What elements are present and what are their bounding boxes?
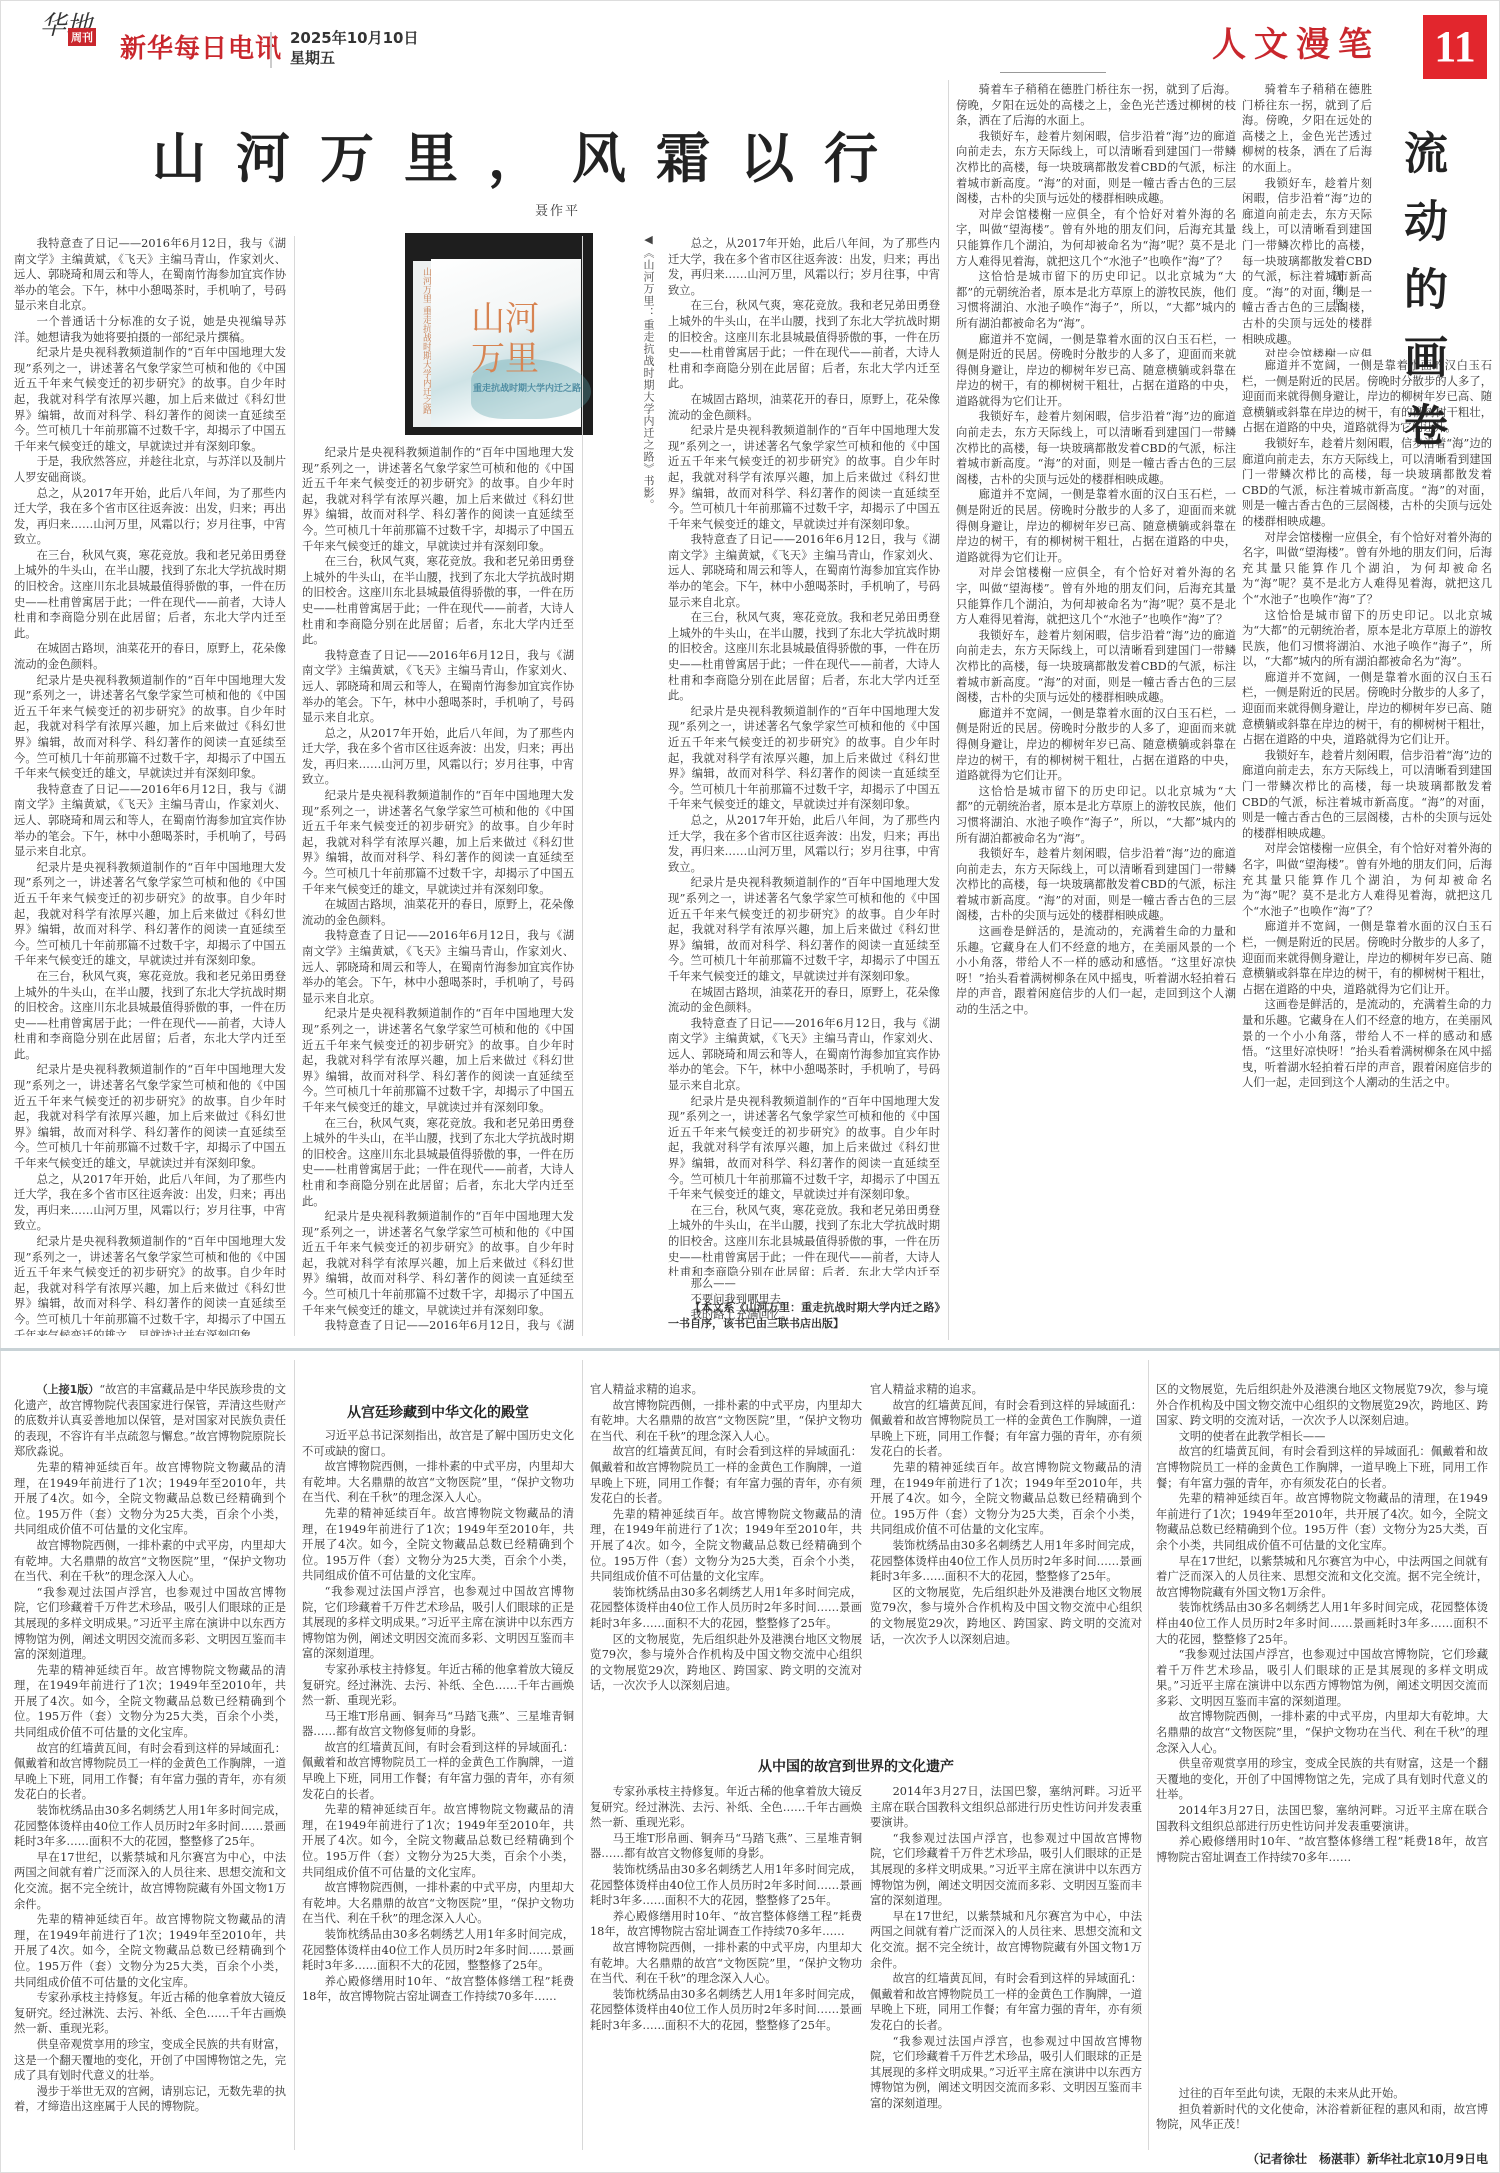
paragraph: 早在17世纪，以紫禁城和凡尔赛宫为中心，中法两国之间就有着广泛而深入的人员往来、… (14, 1850, 286, 1912)
continued-tag: （上接1版） (37, 1383, 100, 1396)
book-cover: 山河万里 重走抗战时期大学内迁之路 (431, 259, 581, 427)
paragraph: 我锁好车，趁着片刻闲暇，信步沿着“海”边的廊道向前走去，东方天际线上，可以清晰看… (1242, 748, 1492, 842)
paragraph: 官人精益求精的追求。 (870, 1382, 1142, 1398)
issue-weekday: 星期五 (290, 48, 419, 68)
paragraph: 对岸会馆楼榭一应俱全，有个恰好对着外海的名字，叫做“望海楼”。曾有外地的朋友们问… (956, 565, 1236, 627)
paragraph: 骑着车子稍稍在德胜门桥往东一拐，就到了后海。傍晚，夕阳在远处的高楼之上，金色光芒… (956, 82, 1236, 129)
book-cover-image: 山河万里 重走抗战时期大学内迁之路 山河万里 重走抗战时期大学内迁之路 (405, 233, 593, 435)
paragraph: 我特意查了日记——2016年6月12日，我与《湖南文学》主编黄斌，《飞天》主编马… (302, 648, 574, 726)
paragraph: 我锁好车，趁着片刻闲暇，信步沿着“海”边的廊道向前走去，东方天际线上，可以清晰看… (1242, 436, 1492, 530)
paragraph: 纪录片是央视科教频道制作的“百年中国地理大发现”系列之一，讲述著名气象学家竺可桢… (14, 345, 286, 454)
paragraph: 在三台，秋风气爽，寒花竞放。我和老兄弟田勇登上城外的牛头山，在半山腰，找到了东北… (302, 554, 574, 648)
article2-column-bottom: 廊道并不宽阔，一侧是靠着水面的汉白玉石栏，一侧是附近的民居。傍晚时分散步的人多了… (1242, 358, 1492, 1343)
issue-date: 2025年10月10日 (290, 28, 419, 48)
article3-column-3b-top: 官人精益求精的追求。 故宫的红墙黄瓦间，有时会看到这样的异域面孔：佩戴着和故宫博… (870, 1382, 1142, 1752)
paragraph: 在城固古路坝，油菜花开的春日，原野上，花朵像流动的金色颜料。 (302, 897, 574, 928)
article3-column-4-bottom: 2014年3月27日，法国巴黎，塞纳河畔。习近平主席在联合国教科文组织总部进行历… (870, 1784, 1142, 2152)
paragraph: 一个普通话十分标准的女子说，她是央视编导苏洋。她想请我为她将要拍摄的一部纪录片撰… (14, 314, 286, 345)
page-number: 11 (1423, 15, 1487, 79)
paragraph: 先辈的精神延续百年。故宫博物院文物藏品的清理，在1949年前进行了1次；1949… (1156, 1491, 1488, 1553)
paragraph: 我特意查了日记——2016年6月12日，我与《湖南文学》主编黄斌，《飞天》主编马… (14, 782, 286, 860)
paragraph: 装饰枕绣品由30多名刺绣艺人用1年多时间完成，花园整体烫样由40位工作人员历时2… (590, 1585, 862, 1632)
paragraph: 养心殿修缮用时10年、“故宫整体修缮工程”耗费18年，故宫博物院古窑址调查工作持… (302, 1974, 574, 2005)
paragraph: 我锁好车，趁着片刻闲暇，信步沿着“海”边的廊道向前走去，东方天际线上，可以清晰看… (956, 846, 1236, 924)
paragraph: 先辈的精神延续百年。故宫博物院文物藏品的清理，在1949年前进行了1次；1949… (14, 1460, 286, 1538)
paragraph: 对岸会馆楼榭一应俱全，有个恰好对着外海的名字，叫做“望海楼”。曾有外地的朋友们问… (1242, 530, 1492, 608)
paragraph: 在三台，秋风气爽，寒花竞放。我和老兄弟田勇登上城外的牛头山，在半山腰，找到了东北… (302, 1116, 574, 1210)
section-separator (0, 1348, 1500, 1351)
paragraph: 在三台，秋风气爽，寒花竞放。我和老兄弟田勇登上城外的牛头山，在半山腰，找到了东北… (14, 969, 286, 1063)
header-rule (1000, 72, 1106, 73)
paragraph: 装饰枕绣品由30多名刺绣艺人用1年多时间完成，花园整体烫样由40位工作人员历时2… (1156, 1600, 1488, 1647)
paragraph: 早在17世纪，以紫禁城和凡尔赛宫为中心，中法两国之间就有着广泛而深入的人员往来、… (870, 1909, 1142, 1971)
paragraph: 这恰恰是城市留下的历史印记。以北京城为“大都”的元朝统治者，原本是北方草原上的游… (956, 269, 1236, 331)
article2-author: 周继坚 (1330, 270, 1347, 312)
paragraph: “我参观过法国卢浮宫，也参观过中国故宫博物院，它们珍藏着千万件艺术珍品，吸引人们… (14, 1585, 286, 1663)
subhead-1: 从宫廷珍藏到中华文化的殿堂 (302, 1402, 574, 1422)
article3-ending: 过往的百年至此句读，无限的未来从此开始。 担负着新时代的文化使命，沐浴着新征程的… (1156, 2086, 1488, 2156)
article3-column-2: 习近平总书记深刻指出，故宫是了解中国历史文化不可或缺的窗口。 故宫博物院西侧，一… (302, 1428, 574, 2152)
article3-column-5: 区的文物展览，先后组织赴外及港澳台地区文物展览79次，参与境外合作机构及中国文物… (1156, 1382, 1488, 2112)
article2-column: 骑着车子稍稍在德胜门桥往东一拐，就到了后海。傍晚，夕阳在远处的高楼之上，金色光芒… (956, 82, 1236, 1342)
book-cover-subtitle: 重走抗战时期大学内迁之路 (473, 383, 581, 395)
paragraph: 在城固古路坝，油菜花开的春日，原野上，花朵像流动的金色颜料。 (668, 985, 940, 1016)
paragraph: 文明的使者在此教学相长—— (1156, 1429, 1488, 1445)
paragraph: 我锁好车，趁着片刻闲暇，信步沿着“海”边的廊道向前走去，东方天际线上，可以清晰看… (956, 129, 1236, 207)
paragraph: 我特意查了日记——2016年6月12日，我与《湖南文学》主编黄斌，《飞天》主编马… (14, 236, 286, 314)
paragraph: 习近平总书记深刻指出，故宫是了解中国历史文化不可或缺的窗口。 (302, 1428, 574, 1459)
paragraph: 我特意查了日记——2016年6月12日，我与《湖南文学》主编黄斌，《飞天》主编马… (302, 1318, 574, 1335)
paragraph: 在城固古路坝，油菜花开的春日，原野上，花朵像流动的金色颜料。 (668, 392, 940, 423)
paragraph: 在三台，秋风气爽，寒花竞放。我和老兄弟田勇登上城外的牛头山，在半山腰，找到了东北… (14, 548, 286, 642)
paragraph: 我特意查了日记——2016年6月12日，我与《湖南文学》主编黄斌，《飞天》主编马… (302, 928, 574, 1006)
paragraph: 装饰枕绣品由30多名刺绣艺人用1年多时间完成，花园整体烫样由40位工作人员历时2… (14, 1803, 286, 1850)
paragraph: 纪录片是央视科教频道制作的“百年中国地理大发现”系列之一，讲述著名气象学家竺可桢… (302, 1209, 574, 1318)
paragraph: 这画卷是鲜活的，是流动的，充满着生命的力量和乐趣。它藏身在人们不经意的地方，在美… (956, 924, 1236, 1018)
paragraph: 专家孙承枝主持修复。年近古稀的他拿着放大镜反复研究。经过淋洗、去污、补纸、全色…… (14, 1990, 286, 2037)
paragraph: 纪录片是央视科教频道制作的“百年中国地理大发现”系列之一，讲述著名气象学家竺可桢… (668, 704, 940, 813)
article2-title: 流动的画卷 (1393, 130, 1453, 470)
paragraph: 先辈的精神延续百年。故宫博物院文物藏品的清理，在1949年前进行了1次；1949… (14, 1663, 286, 1741)
paragraph: 供皇帝观赏享用的珍宝，变成全民族的共有财富，这是一个翻天覆地的变化，开创了中国博… (1156, 1756, 1488, 1803)
paragraph: “我参观过法国卢浮宫，也参观过中国故宫博物院，它们珍藏着千万件艺术珍品，吸引人们… (302, 1584, 574, 1662)
image-caption: ◀《山河万里：重走抗战时期大学内迁之路》书影。 (640, 233, 656, 511)
paragraph: 故宫博物院西侧，一排朴素的中式平房，内里却大有乾坤。大名鼎鼎的故宫“文物医院”里… (590, 1398, 862, 1445)
paragraph: “我参观过法国卢浮宫，也参观过中国故宫博物院，它们珍藏着千万件艺术珍品，吸引人们… (1156, 1647, 1488, 1709)
paragraph: 纪录片是央视科教频道制作的“百年中国地理大发现”系列之一，讲述著名气象学家竺可桢… (14, 1234, 286, 1336)
closing-line: 那么—— (668, 1276, 940, 1292)
paragraph: 专家孙承枝主持修复。年近古稀的他拿着放大镜反复研究。经过淋洗、去污、补纸、全色…… (302, 1662, 574, 1709)
paragraph: 装饰枕绣品由30多名刺绣艺人用1年多时间完成，花园整体烫样由40位工作人员历时2… (870, 1538, 1142, 1585)
paragraph: 纪录片是央视科教频道制作的“百年中国地理大发现”系列之一，讲述著名气象学家竺可桢… (668, 423, 940, 532)
paragraph: 养心殿修缮用时10年、“故宫整体修缮工程”耗费18年，故宫博物院古窑址调查工作持… (1156, 1834, 1488, 1865)
paragraph: 总之，从2017年开始，此后八年间，为了那些内迁大学，我在多个省市区往返奔波：出… (14, 486, 286, 548)
column-divider (294, 236, 295, 1336)
paragraph: 在三台，秋风气爽，寒花竞放。我和老兄弟田勇登上城外的牛头山，在半山腰，找到了东北… (668, 610, 940, 704)
section-name: 人文漫笔 (1212, 17, 1380, 66)
paragraph: 装饰枕绣品由30多名刺绣艺人用1年多时间完成，花园整体烫样由40位工作人员历时2… (590, 1987, 862, 2034)
paragraph: （上接1版）“故宫的丰富藏品是中华民族珍贵的文化遗产，故宫博物院代表国家进行保管… (14, 1382, 286, 1460)
paragraph: 官人精益求精的追求。 (590, 1382, 862, 1398)
paragraph: 我锁好车，趁着片刻闲暇，信步沿着“海”边的廊道向前走去，东方天际线上，可以清晰看… (956, 628, 1236, 706)
column-divider (582, 1360, 583, 2150)
paragraph: 马王堆T形帛画、铜奔马“马踏飞燕”、三星堆青铜器……都有故宫文物修复师的身影。 (302, 1709, 574, 1740)
paragraph: 养心殿修缮用时10年、“故宫整体修缮工程”耗费18年，故宫博物院古窑址调查工作持… (590, 1909, 862, 1940)
paragraph: 先辈的精神延续百年。故宫博物院文物藏品的清理，在1949年前进行了1次；1949… (870, 1460, 1142, 1538)
paragraph: 故宫博物院西侧，一排朴素的中式平房，内里却大有乾坤。大名鼎鼎的故宫“文物医院”里… (302, 1459, 574, 1506)
subhead-2: 从中国的故宫到世界的文化遗产 (720, 1756, 992, 1776)
paragraph: 区的文物展览，先后组织赴外及港澳台地区文物展览79次，参与境外合作机构及中国文物… (590, 1632, 862, 1694)
paragraph: 纪录片是央视科教频道制作的“百年中国地理大发现”系列之一，讲述著名气象学家竺可桢… (302, 445, 574, 554)
paragraph: 装饰枕绣品由30多名刺绣艺人用1年多时间完成，花园整体烫样由40位工作人员历时2… (302, 1927, 574, 1974)
paragraph: 这恰恰是城市留下的历史印记。以北京城为“大都”的元朝统治者，原本是北方草原上的游… (956, 784, 1236, 846)
paragraph: 我特意查了日记——2016年6月12日，我与《湖南文学》主编黄斌，《飞天》主编马… (668, 1016, 940, 1094)
paragraph: 故宫的红墙黄瓦间，有时会看到这样的异域面孔：佩戴着和故宫博物院员工一样的金黄色工… (14, 1741, 286, 1803)
paragraph: 故宫的红墙黄瓦间，有时会看到这样的异域面孔：佩戴着和故宫博物院员工一样的金黄色工… (302, 1740, 574, 1802)
paragraph: “我参观过法国卢浮宫，也参观过中国故宫博物院，它们珍藏着千万件艺术珍品，吸引人们… (870, 1831, 1142, 1909)
paragraph: 纪录片是央视科教频道制作的“百年中国地理大发现”系列之一，讲述著名气象学家竺可桢… (302, 1006, 574, 1115)
paragraph: 区的文物展览，先后组织赴外及港澳台地区文物展览79次，参与境外合作机构及中国文物… (870, 1585, 1142, 1647)
paragraph: 骑着车子稍稍在德胜门桥往东一拐，就到了后海。傍晚，夕阳在远处的高楼之上，金色光芒… (1242, 82, 1372, 176)
paragraph: 纪录片是央视科教频道制作的“百年中国地理大发现”系列之一，讲述著名气象学家竺可桢… (14, 860, 286, 969)
paragraph: 廊道并不宽阔，一侧是靠着水面的汉白玉石栏，一侧是附近的民居。傍晚时分散步的人多了… (956, 706, 1236, 784)
paragraph: 总之，从2017年开始，此后八年间，为了那些内迁大学，我在多个省市区往返奔波：出… (668, 813, 940, 875)
paragraph: 廊道并不宽阔，一侧是靠着水面的汉白玉石栏，一侧是附近的民居。傍晚时分散步的人多了… (1242, 358, 1492, 436)
paragraph: 马王堆T形帛画、铜奔马“马踏飞燕”、三星堆青铜器……都有故宫文物修复师的身影。 (590, 1831, 862, 1862)
issue-date-block: 2025年10月10日 星期五 (290, 28, 419, 68)
paragraph: 纪录片是央视科教频道制作的“百年中国地理大发现”系列之一，讲述著名气象学家竺可桢… (14, 673, 286, 782)
paragraph: “我参观过法国卢浮宫，也参观过中国故宫博物院，它们珍藏着千万件艺术珍品，吸引人们… (870, 2034, 1142, 2112)
paragraph: 装饰枕绣品由30多名刺绣艺人用1年多时间完成，花园整体烫样由40位工作人员历时2… (590, 1862, 862, 1909)
paragraph: 我特意查了日记——2016年6月12日，我与《湖南文学》主编黄斌，《飞天》主编马… (668, 532, 940, 610)
paragraph: 纪录片是央视科教频道制作的“百年中国地理大发现”系列之一，讲述著名气象学家竺可桢… (302, 788, 574, 897)
paragraph: 对岸会馆楼榭一应俱全，有个恰好对着外海的名字，叫做“望海楼”。曾有外地的朋友们问… (956, 207, 1236, 269)
paragraph: 我锁好车，趁着片刻闲暇，信步沿着“海”边的廊道向前走去，东方天际线上，可以清晰看… (956, 409, 1236, 487)
reporter-signature: （记者徐壮 杨湛菲）新华社北京10月9日电 (1156, 2150, 1488, 2167)
paragraph: 故宫博物院西侧，一排朴素的中式平房，内里却大有乾坤。大名鼎鼎的故宫“文物医院”里… (590, 1940, 862, 1987)
column-divider (1148, 1360, 1149, 2150)
masthead-divider (270, 32, 272, 68)
paragraph: 总之，从2017年开始，此后八年间，为了那些内迁大学，我在多个省市区往返奔波：出… (668, 236, 940, 298)
paragraph: 先辈的精神延续百年。故宫博物院文物藏品的清理，在1949年前进行了1次；1949… (302, 1506, 574, 1584)
paragraph: 纪录片是央视科教频道制作的“百年中国地理大发现”系列之一，讲述著名气象学家竺可桢… (668, 1094, 940, 1203)
paragraph: 在城固古路坝，油菜花开的春日，原野上，花朵像流动的金色颜料。 (14, 641, 286, 672)
article1-column-1: 我特意查了日记——2016年6月12日，我与《湖南文学》主编黄斌，《飞天》主编马… (14, 236, 286, 1336)
book-cover-title: 山河万里 (471, 299, 561, 379)
paragraph: 廊道并不宽阔，一侧是靠着水面的汉白玉石栏，一侧是附近的民居。傍晚时分散步的人多了… (1242, 919, 1492, 997)
paragraph: 专家孙承枝主持修复。年近古稀的他拿着放大镜反复研究。经过淋洗、去污、补纸、全色…… (590, 1784, 862, 1831)
paragraph: 廊道并不宽阔，一侧是靠着水面的汉白玉石栏，一侧是附近的民居。傍晚时分散步的人多了… (1242, 670, 1492, 748)
paragraph: 于是，我欣然答应，并趁往北京，与苏洋以及制片人罗安础商谈。 (14, 454, 286, 485)
paragraph: 在三台，秋风气爽，寒花竞放。我和老兄弟田勇登上城外的牛头山，在半山腰，找到了东北… (668, 1203, 940, 1276)
paragraph: 过往的百年至此句读，无限的未来从此开始。 (1156, 2086, 1488, 2102)
article3-column-1: （上接1版）“故宫的丰富藏品是中华民族珍贵的文化遗产，故宫博物院代表国家进行保管… (14, 1382, 286, 2152)
article1-column-3: 总之，从2017年开始，此后八年间，为了那些内迁大学，我在多个省市区往返奔波：出… (668, 236, 940, 1276)
paragraph: 纪录片是央视科教频道制作的“百年中国地理大发现”系列之一，讲述著名气象学家竺可桢… (668, 875, 940, 984)
article1-column-2: 纪录片是央视科教频道制作的“百年中国地理大发现”系列之一，讲述著名气象学家竺可桢… (302, 445, 574, 1335)
paragraph: 2014年3月27日，法国巴黎，塞纳河畔。习近平主席在联合国教科文组织总部进行历… (870, 1784, 1142, 1831)
end-note-text: 【本文系《山河万里：重走抗战时期大学内迁之路》一书自序，该书已由三联书店出版】 (668, 1300, 940, 1331)
paragraph: 担负着新时代的文化使命，沐浴着新征程的惠风和雨，故宫博物院，风华正茂！ (1156, 2102, 1488, 2133)
paragraph: 先辈的精神延续百年。故宫博物院文物藏品的清理，在1949年前进行了1次；1949… (302, 1802, 574, 1880)
article-byline: 聂作平 (535, 200, 580, 219)
paragraph: 故宫的红墙黄瓦间，有时会看到这样的异域面孔：佩戴着和故宫博物院员工一样的金黄色工… (870, 1398, 1142, 1460)
paragraph: 先辈的精神延续百年。故宫博物院文物藏品的清理，在1949年前进行了1次；1949… (14, 1912, 286, 1990)
paragraph: 在三台，秋风气爽，寒花竞放。我和老兄弟田勇登上城外的牛头山，在半山腰，找到了东北… (668, 298, 940, 392)
paragraph: 对岸会馆楼榭一应俱全，有个恰好对着外海的名字，叫做“望海楼”。曾有外地的朋友们问… (1242, 347, 1372, 357)
paragraph: 早在17世纪，以紫禁城和凡尔赛宫为中心，中法两国之间就有着广泛而深入的人员往来、… (1156, 1554, 1488, 1601)
paragraph: 供皇帝观赏享用的珍宝，变成全民族的共有财富，这是一个翻天覆地的变化，开创了中国博… (14, 2037, 286, 2084)
article3-column-3-bottom: 专家孙承枝主持修复。年近古稀的他拿着放大镜反复研究。经过淋洗、去污、补纸、全色…… (590, 1784, 862, 2152)
column-divider (294, 1360, 295, 2150)
paragraph: 先辈的精神延续百年。故宫博物院文物藏品的清理，在1949年前进行了1次；1949… (590, 1507, 862, 1585)
paragraph: 这画卷是鲜活的，是流动的，充满着生命的力量和乐趣。它藏身在人们不经意的地方，在美… (1242, 997, 1492, 1091)
paragraph: 总之，从2017年开始，此后八年间，为了那些内迁大学，我在多个省市区往返奔波：出… (14, 1172, 286, 1234)
paragraph: 纪录片是央视科教频道制作的“百年中国地理大发现”系列之一，讲述著名气象学家竺可桢… (14, 1062, 286, 1171)
article2-column-top: 骑着车子稍稍在德胜门桥往东一拐，就到了后海。傍晚，夕阳在远处的高楼之上，金色光芒… (1242, 82, 1372, 357)
paragraph: 故宫的红墙黄瓦间，有时会看到这样的异域面孔：佩戴着和故宫博物院员工一样的金黄色工… (590, 1444, 862, 1506)
paragraph: 总之，从2017年开始，此后八年间，为了那些内迁大学，我在多个省市区往返奔波：出… (302, 726, 574, 788)
paragraph: 这恰恰是城市留下的历史印记。以北京城为“大都”的元朝统治者，原本是北方草原上的游… (1242, 608, 1492, 670)
article-title: 山河万里，风霜以行 (150, 116, 910, 193)
paragraph: 廊道并不宽阔，一侧是靠着水面的汉白玉石栏，一侧是附近的民居。傍晚时分散步的人多了… (956, 487, 1236, 565)
article1-end-note: 【本文系《山河万里：重走抗战时期大学内迁之路》一书自序，该书已由三联书店出版】 (668, 1300, 940, 1331)
column-divider (582, 236, 583, 1336)
newspaper-brand: 新华每日电讯 (120, 28, 282, 65)
paragraph: 故宫的红墙黄瓦间，有时会看到这样的异域面孔：佩戴着和故宫博物院员工一样的金黄色工… (1156, 1444, 1488, 1491)
paragraph: 区的文物展览，先后组织赴外及港澳台地区文物展览79次，参与境外合作机构及中国文物… (1156, 1382, 1488, 1429)
paragraph: 漫步于举世无双的宫阙，请别忘记，无数先辈的执着，才缔造出这座属于人民的博物院。 (14, 2084, 286, 2115)
paragraph: 廊道并不宽阔，一侧是靠着水面的汉白玉石栏，一侧是附近的民居。傍晚时分散步的人多了… (956, 332, 1236, 410)
paragraph: 对岸会馆楼榭一应俱全，有个恰好对着外海的名字，叫做“望海楼”。曾有外地的朋友们问… (1242, 841, 1492, 919)
paragraph: 我锁好车，趁着片刻闲暇，信步沿着“海”边的廊道向前走去，东方天际线上，可以清晰看… (1242, 176, 1372, 348)
paragraph: 故宫博物院西侧，一排朴素的中式平房，内里却大有乾坤。大名鼎鼎的故宫“文物医院”里… (14, 1538, 286, 1585)
paragraph: 故宫博物院西侧，一排朴素的中式平房，内里却大有乾坤。大名鼎鼎的故宫“文物医院”里… (1156, 1709, 1488, 1756)
paragraph: 故宫博物院西侧，一排朴素的中式平房，内里却大有乾坤。大名鼎鼎的故宫“文物医院”里… (302, 1880, 574, 1927)
paragraph: 故宫的红墙黄瓦间，有时会看到这样的异域面孔：佩戴着和故宫博物院员工一样的金黄色工… (870, 1971, 1142, 2033)
weekly-tag: 周刊 (68, 28, 96, 46)
paragraph: 2014年3月27日，法国巴黎，塞纳河畔。习近平主席在联合国教科文组织总部进行历… (1156, 1803, 1488, 1834)
article3-column-3-top: 官人精益求精的追求。 故宫博物院西侧，一排朴素的中式平房，内里却大有乾坤。大名鼎… (590, 1382, 862, 1752)
article-divider (948, 80, 949, 1340)
